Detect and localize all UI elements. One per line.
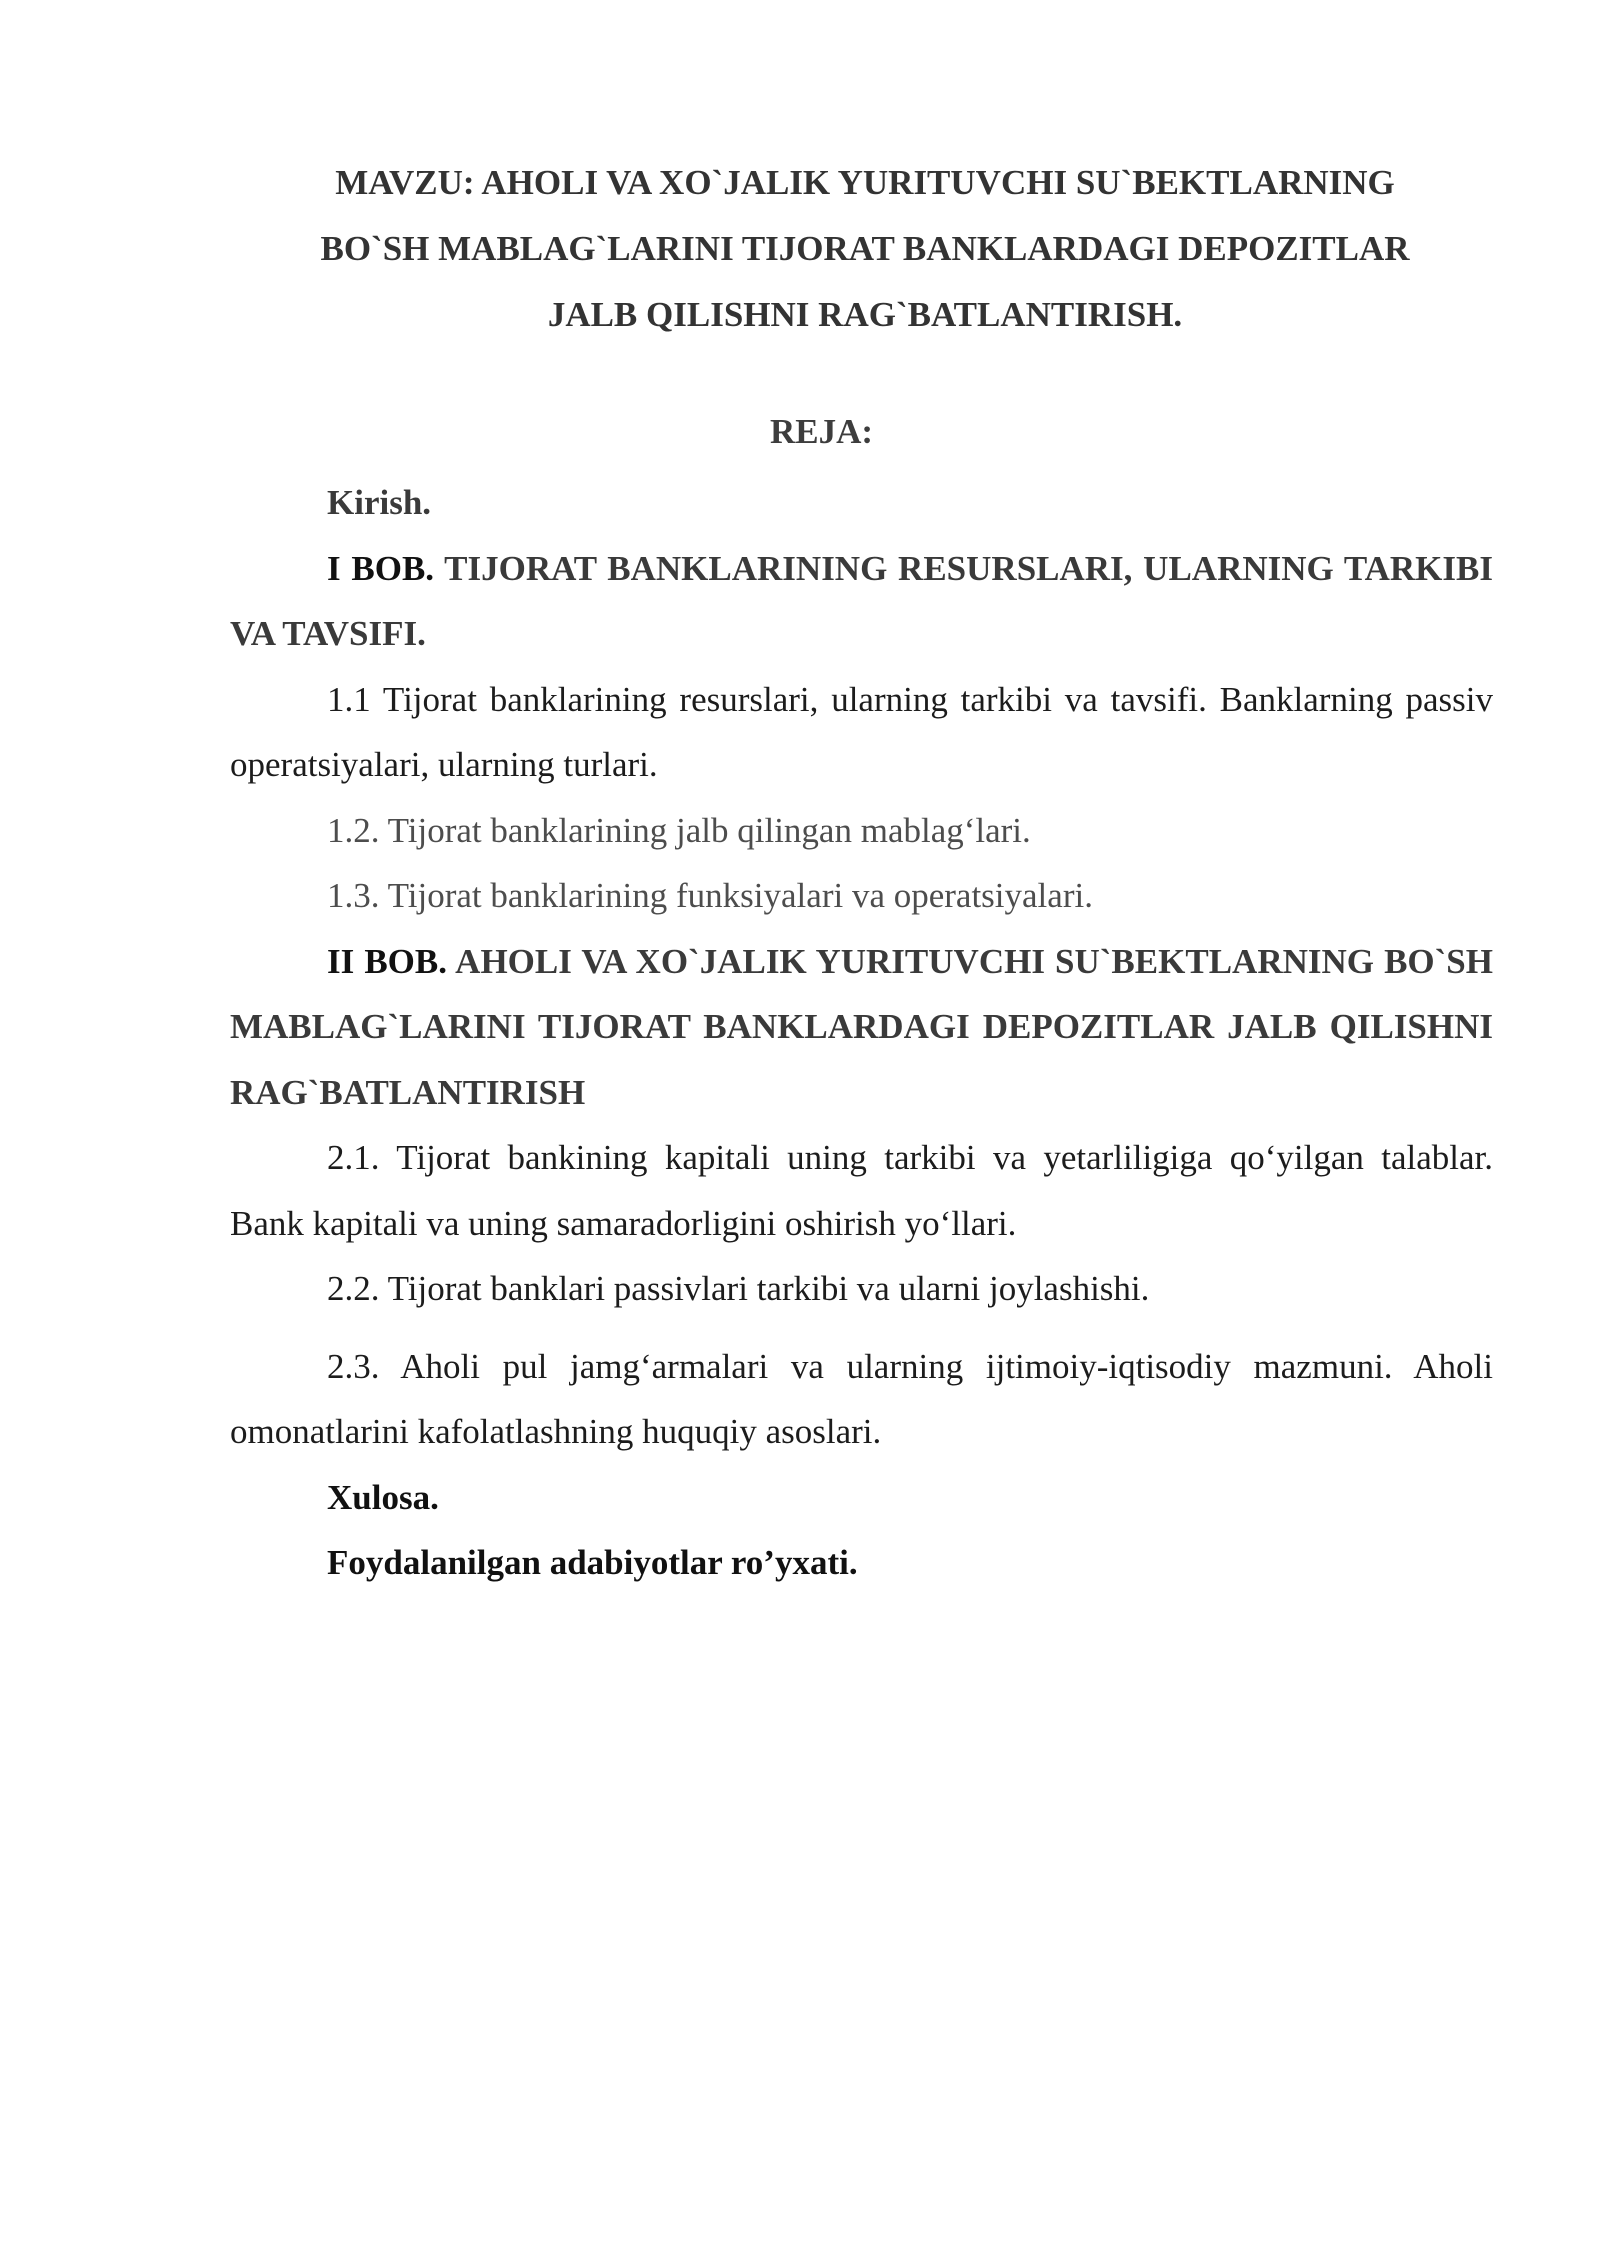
chapter-2-label: II BOB. [327,942,447,981]
document-page: MAVZU: AHOLI VA XO`JALIK YURITUVCHI SU`B… [0,0,1600,2262]
title-line: MAVZU: AHOLI VA XO`JALIK YURITUVCHI SU`B… [230,150,1500,216]
chapter-1-label: I BOB. [327,549,434,588]
plan-conclusion: Xulosa. [230,1465,1493,1531]
section-1-2: 1.2. Tijorat banklarining jalb qilingan … [230,798,1493,864]
chapter-2-heading: II BOB. AHOLI VA XO`JALIK YURITUVCHI SU`… [230,929,1493,1126]
section-2-2: 2.2. Tijorat banklari passivlari tarkibi… [230,1256,1493,1322]
title-line: JALB QILISHNI RAG`BATLANTIRISH. [230,282,1500,348]
plan-references: Foydalanilgan adabiyotlar ro’yxati. [230,1530,1493,1596]
plan-list: Kirish. I BOB. TIJORAT BANKLARINING RESU… [230,470,1493,1596]
plan-intro: Kirish. [230,470,1493,536]
document-title: MAVZU: AHOLI VA XO`JALIK YURITUVCHI SU`B… [230,150,1500,348]
section-2-1: 2.1. Tijorat bankining kapitali uning ta… [230,1125,1493,1256]
plan-heading: REJA: [230,412,1500,452]
section-1-1: 1.1 Tijorat banklarining resurslari, ula… [230,667,1493,798]
title-line: BO`SH MABLAG`LARINI TIJORAT BANKLARDAGI … [230,216,1500,282]
section-2-3: 2.3. Aholi pul jamg‘armalari va ularning… [230,1334,1493,1465]
section-1-3: 1.3. Tijorat banklarining funksiyalari v… [230,863,1493,929]
chapter-1-heading: I BOB. TIJORAT BANKLARINING RESURSLARI, … [230,536,1493,667]
